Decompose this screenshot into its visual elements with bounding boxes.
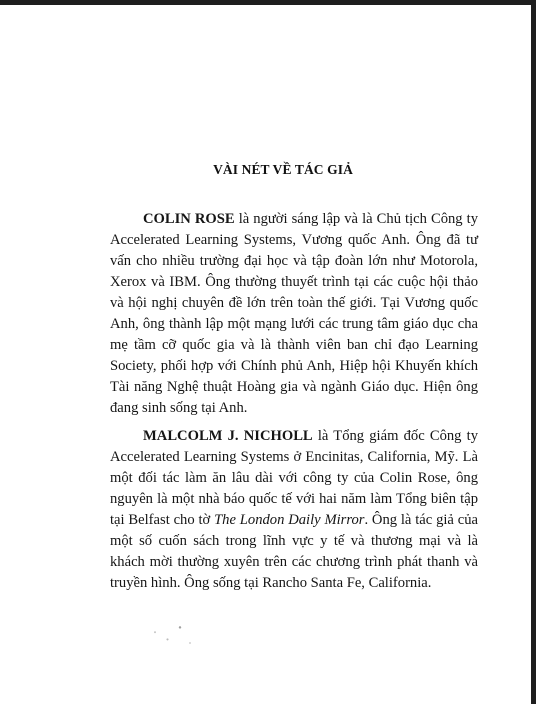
publication-title: The London Daily Mirror: [214, 512, 364, 528]
page-title: VÀI NÉT VỀ TÁC GIẢ: [0, 162, 536, 178]
body-text: COLIN ROSE là người sáng lập và là Chủ t…: [110, 209, 478, 594]
document-page: VÀI NÉT VỀ TÁC GIẢ COLIN ROSE là người s…: [0, 5, 531, 704]
scan-artifact: [145, 625, 195, 649]
author-name: COLIN ROSE: [143, 211, 235, 227]
paragraph-colin-rose: COLIN ROSE là người sáng lập và là Chủ t…: [110, 209, 478, 419]
paragraph-malcolm-nicholl: MALCOLM J. NICHOLL là Tổng giám đốc Công…: [110, 426, 478, 594]
author-name: MALCOLM J. NICHOLL: [143, 428, 313, 444]
paragraph-text: là người sáng lập và là Chủ tịch Công ty…: [110, 211, 478, 416]
